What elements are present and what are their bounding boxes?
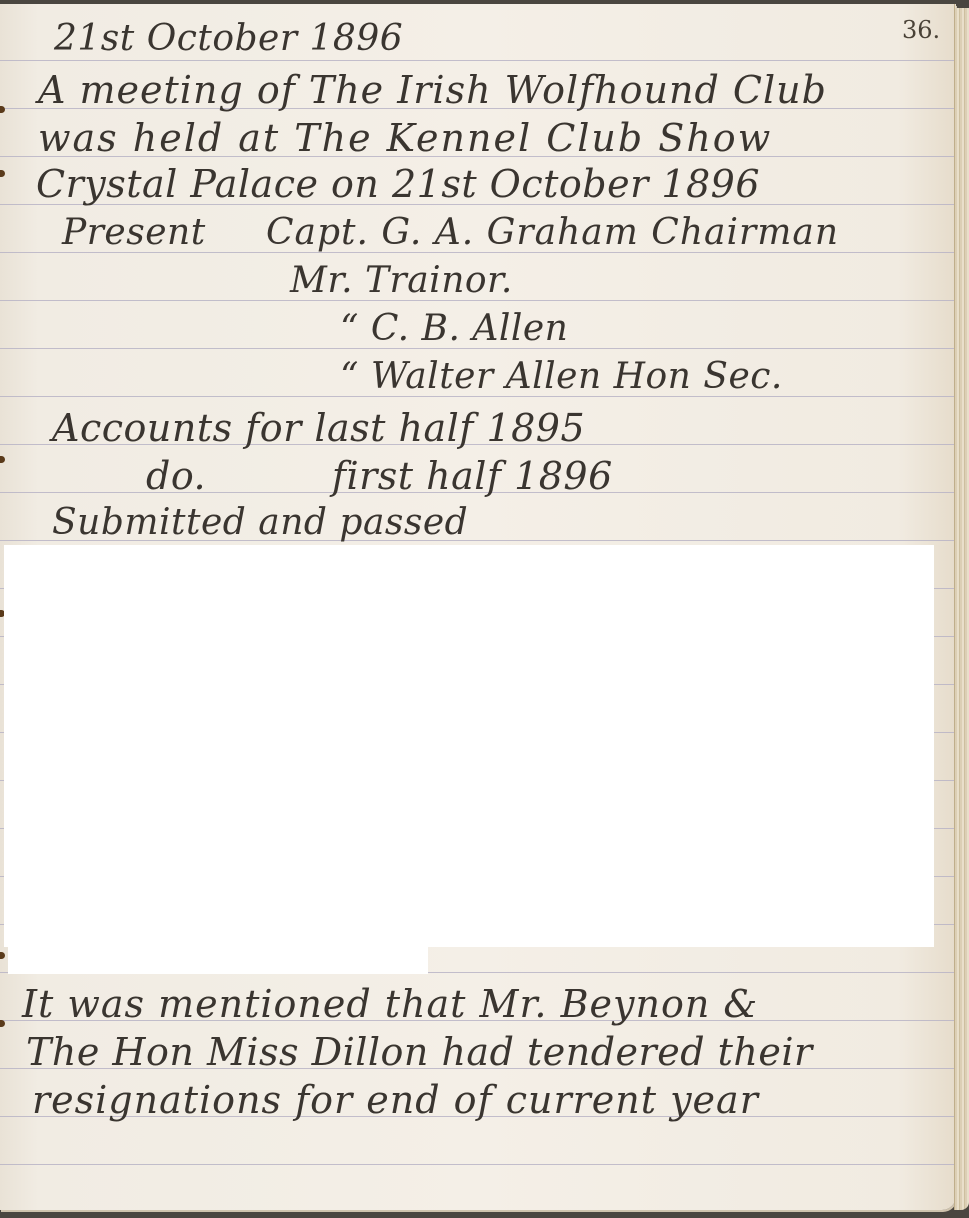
present-member: “ C. B. Allen (340, 308, 568, 349)
present-member: Capt. G. A. Graham Chairman (266, 212, 839, 253)
present-member: “ Walter Allen Hon Sec. (340, 356, 783, 397)
accounts-line: Submitted and passed (52, 502, 468, 543)
page-number: 36. (902, 16, 940, 44)
notebook-page: 36. 21st October 1896 A meeting of The I… (0, 4, 956, 1210)
binding-mark (0, 952, 5, 959)
closing-line: It was mentioned that Mr. Beynon & (22, 982, 758, 1026)
closing-line: resignations for end of current year (32, 1078, 759, 1122)
redaction-block (4, 545, 934, 947)
binding-mark (0, 456, 5, 463)
body-line: Crystal Palace on 21st October 1896 (36, 162, 760, 206)
ruled-line (0, 1164, 955, 1165)
accounts-line: Accounts for last half 1895 (52, 406, 585, 450)
present-label: Present (62, 212, 206, 253)
closing-line: The Hon Miss Dillon had tendered their (26, 1030, 813, 1074)
date-heading: 21st October 1896 (54, 18, 403, 59)
body-line: A meeting of The Irish Wolfhound Club (38, 68, 827, 112)
accounts-line: do. first half 1896 (146, 454, 613, 498)
book-page-edges (955, 8, 969, 1210)
redaction-block (8, 934, 428, 974)
body-line: was held at The Kennel Club Show (38, 116, 772, 160)
ruled-line (0, 60, 955, 61)
binding-mark (0, 170, 5, 177)
binding-mark (0, 106, 5, 113)
binding-mark (0, 1020, 5, 1027)
present-member: Mr. Trainor. (290, 260, 513, 301)
